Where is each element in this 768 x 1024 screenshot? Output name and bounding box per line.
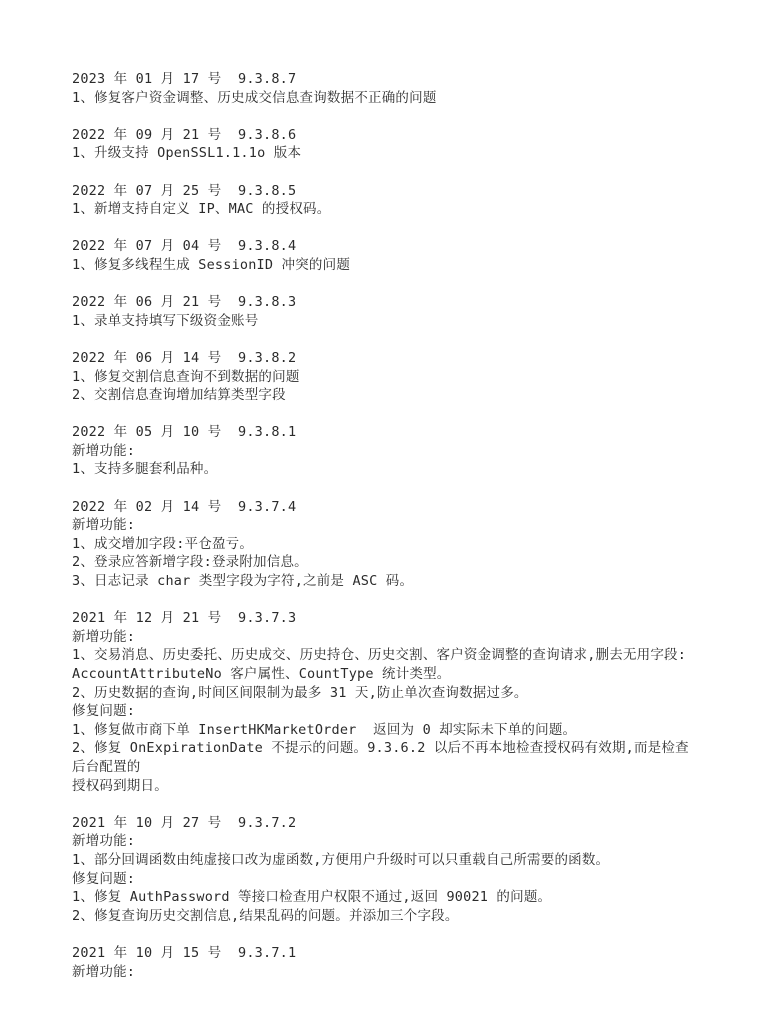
changelog-line: 修复问题: — [72, 702, 698, 721]
version-heading: 2021 年 10 月 27 号 9.3.7.2 — [72, 814, 698, 833]
changelog-line: 新增功能: — [72, 832, 698, 851]
changelog-line: AccountAttributeNo 客户属性、CountType 统计类型。 — [72, 665, 698, 684]
changelog-entry: 2022 年 09 月 21 号 9.3.8.61、升级支持 OpenSSL1.… — [72, 126, 698, 163]
version-heading: 2021 年 10 月 15 号 9.3.7.1 — [72, 944, 698, 963]
changelog-line: 新增功能: — [72, 516, 698, 535]
version-heading: 2022 年 02 月 14 号 9.3.7.4 — [72, 498, 698, 517]
changelog-line: 新增功能: — [72, 963, 698, 982]
changelog-line: 1、录单支持填写下级资金账号 — [72, 312, 698, 331]
changelog-line: 1、支持多腿套利品种。 — [72, 460, 698, 479]
changelog-entry: 2022 年 05 月 10 号 9.3.8.1新增功能:1、支持多腿套利品种。 — [72, 423, 698, 479]
changelog-entry: 2021 年 10 月 27 号 9.3.7.2新增功能:1、部分回调函数由纯虚… — [72, 814, 698, 926]
changelog-entry: 2022 年 06 月 21 号 9.3.8.31、录单支持填写下级资金账号 — [72, 293, 698, 330]
changelog-entry: 2021 年 10 月 15 号 9.3.7.1新增功能: — [72, 944, 698, 981]
changelog-line: 1、修复交割信息查询不到数据的问题 — [72, 368, 698, 387]
changelog-line: 1、交易消息、历史委托、历史成交、历史持仓、历史交割、客户资金调整的查询请求,删… — [72, 646, 698, 665]
changelog-line: 1、修复多线程生成 SessionID 冲突的问题 — [72, 256, 698, 275]
changelog-line: 1、修复客户资金调整、历史成交信息查询数据不正确的问题 — [72, 89, 698, 108]
version-heading: 2022 年 05 月 10 号 9.3.8.1 — [72, 423, 698, 442]
changelog-line: 1、修复做市商下单 InsertHKMarketOrder 返回为 0 却实际未… — [72, 721, 698, 740]
changelog-line: 2、历史数据的查询,时间区间限制为最多 31 天,防止单次查询数据过多。 — [72, 684, 698, 703]
version-heading: 2022 年 07 月 25 号 9.3.8.5 — [72, 182, 698, 201]
changelog-line: 1、成交增加字段:平仓盈亏。 — [72, 535, 698, 554]
changelog-entry: 2023 年 01 月 17 号 9.3.8.71、修复客户资金调整、历史成交信… — [72, 70, 698, 107]
changelog-entry: 2022 年 06 月 14 号 9.3.8.21、修复交割信息查询不到数据的问… — [72, 349, 698, 405]
changelog-line: 授权码到期日。 — [72, 777, 698, 796]
changelog-entry: 2022 年 02 月 14 号 9.3.7.4新增功能:1、成交增加字段:平仓… — [72, 498, 698, 591]
changelog-line: 新增功能: — [72, 442, 698, 461]
version-heading: 2023 年 01 月 17 号 9.3.8.7 — [72, 70, 698, 89]
changelog-entry: 2022 年 07 月 04 号 9.3.8.41、修复多线程生成 Sessio… — [72, 237, 698, 274]
changelog-line: 修复问题: — [72, 870, 698, 889]
changelog-line: 1、修复 AuthPassword 等接口检查用户权限不通过,返回 90021 … — [72, 888, 698, 907]
version-heading: 2022 年 07 月 04 号 9.3.8.4 — [72, 237, 698, 256]
changelog-line: 1、部分回调函数由纯虚接口改为虚函数,方便用户升级时可以只重载自己所需要的函数。 — [72, 851, 698, 870]
changelog-line: 2、登录应答新增字段:登录附加信息。 — [72, 553, 698, 572]
changelog-entry: 2021 年 12 月 21 号 9.3.7.3新增功能:1、交易消息、历史委托… — [72, 609, 698, 795]
changelog-entry: 2022 年 07 月 25 号 9.3.8.51、新增支持自定义 IP、MAC… — [72, 182, 698, 219]
changelog-line: 2、修复查询历史交割信息,结果乱码的问题。并添加三个字段。 — [72, 907, 698, 926]
changelog-line: 1、新增支持自定义 IP、MAC 的授权码。 — [72, 200, 698, 219]
changelog: 2023 年 01 月 17 号 9.3.8.71、修复客户资金调整、历史成交信… — [72, 70, 698, 981]
changelog-line: 1、升级支持 OpenSSL1.1.1o 版本 — [72, 144, 698, 163]
version-heading: 2022 年 06 月 21 号 9.3.8.3 — [72, 293, 698, 312]
changelog-line: 3、日志记录 char 类型字段为字符,之前是 ASC 码。 — [72, 572, 698, 591]
version-heading: 2021 年 12 月 21 号 9.3.7.3 — [72, 609, 698, 628]
changelog-line: 2、修复 OnExpirationDate 不提示的问题。9.3.6.2 以后不… — [72, 739, 698, 776]
version-heading: 2022 年 06 月 14 号 9.3.8.2 — [72, 349, 698, 368]
changelog-page: 2023 年 01 月 17 号 9.3.8.71、修复客户资金调整、历史成交信… — [0, 0, 768, 1024]
version-heading: 2022 年 09 月 21 号 9.3.8.6 — [72, 126, 698, 145]
changelog-line: 2、交割信息查询增加结算类型字段 — [72, 386, 698, 405]
changelog-line: 新增功能: — [72, 628, 698, 647]
